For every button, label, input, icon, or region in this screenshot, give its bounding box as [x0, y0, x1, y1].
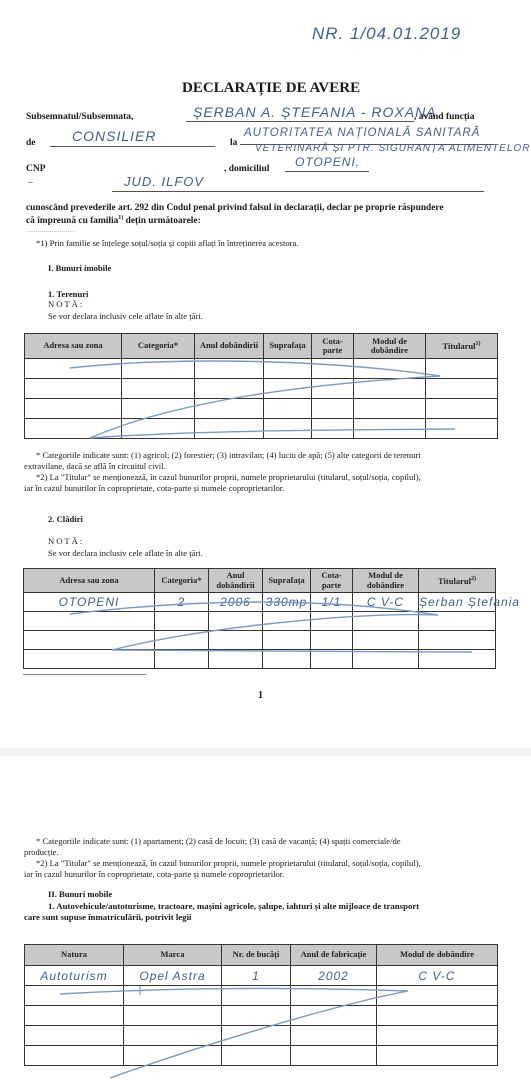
- table-cell: 2002: [291, 966, 377, 986]
- land-note-1b: extravilane, dacă se află în circuitul c…: [24, 461, 166, 472]
- vehicle-table: Natura Marca Nr. de bucăți Anul de fabri…: [24, 944, 498, 1066]
- table-row: [25, 379, 498, 399]
- table-row: OTOPENI22006330mp1/1C V-CȘerban Ștefania: [24, 593, 496, 612]
- table-cell: [155, 631, 209, 650]
- table-cell: [222, 1046, 291, 1066]
- building-note-1: * Categoriile indicate sunt: (1) apartam…: [36, 836, 401, 847]
- table-row: [25, 1006, 498, 1026]
- note-text-land: Se vor declara inclusiv cele aflate în a…: [48, 311, 203, 322]
- table-cell: [377, 1006, 498, 1026]
- table-cell: OTOPENI: [24, 593, 155, 612]
- table-cell: [124, 986, 222, 1006]
- table-cell: [195, 419, 264, 439]
- table-cell: Șerban Ștefania: [419, 593, 496, 612]
- table-cell: [312, 359, 354, 379]
- table-cell: [195, 359, 264, 379]
- table-cell: Opel Astra: [124, 966, 222, 986]
- table-row: [25, 419, 498, 439]
- building-note-1b: producție.: [24, 847, 59, 858]
- table-cell: [222, 986, 291, 1006]
- column-header: Cota-parte: [312, 334, 354, 359]
- table-cell: [312, 399, 354, 419]
- table-cell: 330mp: [263, 593, 311, 612]
- subsection-buildings: 2. Clădiri: [48, 514, 83, 525]
- table-cell: [209, 612, 263, 631]
- table-cell: [353, 631, 419, 650]
- domicile-line-1: OTOPENI,: [295, 155, 360, 169]
- table-cell: [291, 1006, 377, 1026]
- domicile-label: , domiciliul: [224, 164, 269, 174]
- declaration-line-2: că împreună cu familia1) dețin următoare…: [26, 215, 201, 226]
- table-cell: [122, 379, 195, 399]
- table-cell: [25, 419, 122, 439]
- table-cell: [209, 631, 263, 650]
- subsection-vehicles-b: care sunt supuse înmatriculării, potrivi…: [24, 912, 191, 922]
- table-cell: [311, 631, 353, 650]
- table-cell: [155, 650, 209, 669]
- function-value: CONSILIER: [72, 128, 156, 144]
- column-header: Adresa sau zona: [24, 569, 155, 593]
- table-cell: [124, 1046, 222, 1066]
- table-cell: [122, 359, 195, 379]
- land-note-1: * Categoriile indicate sunt: (1) agricol…: [36, 450, 421, 461]
- de-label: de: [26, 138, 36, 148]
- column-header: Anul dobândirii: [209, 569, 263, 593]
- table-cell: [24, 612, 155, 631]
- table-row: [24, 612, 496, 631]
- note-text-buildings: Se vor declara inclusiv cele aflate în a…: [48, 548, 203, 559]
- la-label: la: [230, 138, 237, 148]
- table-cell: [312, 379, 354, 399]
- table-cell: Autoturism: [25, 966, 124, 986]
- table-cell: C V-C: [377, 966, 498, 986]
- table-cell: [426, 419, 498, 439]
- column-header: Adresa sau zona: [25, 334, 122, 359]
- table-cell: [25, 1006, 124, 1026]
- undersigned-label: Subsemnatul/Subsemnata,: [26, 112, 133, 122]
- table-cell: [195, 379, 264, 399]
- table-row: [24, 650, 496, 669]
- table-cell: [264, 399, 312, 419]
- table-cell: [25, 359, 122, 379]
- table-cell: [263, 631, 311, 650]
- table-cell: [426, 399, 498, 419]
- table-cell: [24, 631, 155, 650]
- dash: –: [28, 178, 33, 188]
- function-suffix: , având funcția: [414, 112, 474, 122]
- registration-number: NR. 1/04.01.2019: [312, 24, 461, 44]
- table-cell: [291, 1026, 377, 1046]
- declaration-line-1: cunoscând prevederile art. 292 din Codul…: [26, 203, 444, 213]
- table-cell: [124, 1026, 222, 1046]
- table-cell: [312, 419, 354, 439]
- subsection-vehicles: 1. Autovehicule/autoturisme, tractoare, …: [48, 901, 419, 911]
- section-movable: II. Bunuri mobile: [48, 889, 112, 900]
- column-header: Categoria*: [155, 569, 209, 593]
- building-note-2b: iar în cazul bunurilor în coproprietate,…: [24, 869, 284, 880]
- column-header: Anul dobândirii: [195, 334, 264, 359]
- table-cell: [353, 650, 419, 669]
- column-header: Natura: [25, 945, 124, 966]
- table-cell: [25, 379, 122, 399]
- document-page-2: * Categoriile indicate sunt: (1) apartam…: [0, 756, 531, 1080]
- table-cell: [377, 1046, 498, 1066]
- table-cell: [124, 1006, 222, 1026]
- table-cell: [209, 650, 263, 669]
- column-header: Categoria*: [122, 334, 195, 359]
- table-cell: [263, 650, 311, 669]
- table-row: [25, 1046, 498, 1066]
- table-cell: [291, 1046, 377, 1066]
- table-cell: [354, 359, 426, 379]
- document-page-1: NR. 1/04.01.2019 DECLARAȚIE DE AVERE Sub…: [0, 0, 531, 748]
- table-cell: [419, 612, 496, 631]
- table-cell: [222, 1006, 291, 1026]
- table-cell: [155, 612, 209, 631]
- table-cell: [354, 379, 426, 399]
- page-number: 1: [258, 690, 263, 701]
- table-cell: [264, 359, 312, 379]
- column-header: Modul de dobândire: [353, 569, 419, 593]
- note-label-land: NOTĂ:: [48, 299, 84, 310]
- land-table: Adresa sau zona Categoria* Anul dobândir…: [24, 333, 498, 439]
- table-cell: [264, 379, 312, 399]
- note-label-buildings: NOTĂ:: [48, 536, 84, 547]
- table-cell: [222, 1026, 291, 1046]
- column-header: Titularul1): [426, 334, 498, 359]
- table-row: [25, 399, 498, 419]
- table-cell: [311, 612, 353, 631]
- table-cell: [122, 399, 195, 419]
- table-cell: [264, 419, 312, 439]
- table-row: [25, 359, 498, 379]
- land-note-2: *2) La "Titular" se menționează, în cazu…: [36, 472, 421, 483]
- table-cell: [25, 1026, 124, 1046]
- footnote-family: *1) Prin familie se înțelege soțul/soția…: [36, 238, 299, 249]
- table-cell: 1/1: [311, 593, 353, 612]
- table-cell: [291, 986, 377, 1006]
- table-row: [24, 631, 496, 650]
- column-header: Suprafața: [263, 569, 311, 593]
- table-cell: 1: [222, 966, 291, 986]
- table-cell: [426, 359, 498, 379]
- column-header: Modul de dobândire: [354, 334, 426, 359]
- table-cell: 2006: [209, 593, 263, 612]
- section-immovable: I. Bunuri imobile: [48, 263, 111, 274]
- table-cell: [195, 399, 264, 419]
- cnp-label: CNP: [26, 164, 46, 174]
- table-cell: [25, 1046, 124, 1066]
- table-row: AutoturismOpel Astra12002C V-C: [25, 966, 498, 986]
- document-title: DECLARAȚIE DE AVERE: [182, 80, 360, 97]
- table-cell: [24, 650, 155, 669]
- column-header: Modul de dobândire: [377, 945, 498, 966]
- column-header: Suprafața: [264, 334, 312, 359]
- table-cell: [354, 399, 426, 419]
- building-table: Adresa sau zona Categoria* Anul dobândir…: [23, 568, 496, 669]
- column-header: Anul de fabricație: [291, 945, 377, 966]
- table-cell: [353, 612, 419, 631]
- undersigned-name: ȘERBAN A. ȘTEFANIA - ROXANA: [193, 104, 437, 120]
- building-note-2: *2) La "Titular" se menționează, în cazu…: [36, 858, 421, 869]
- table-cell: [419, 631, 496, 650]
- table-cell: [419, 650, 496, 669]
- institution-line-2: VETERINARĂ ȘI PTR. SIGURANȚA ALIMENTELOR: [255, 143, 530, 154]
- table-cell: [377, 986, 498, 1006]
- land-note-2b: iar în cazul bunurilor în coproprietate,…: [24, 483, 284, 494]
- institution-line-1: AUTORITATEA NAȚIONALĂ SANITARĂ: [244, 127, 480, 139]
- table-cell: [263, 612, 311, 631]
- footnote-rule: [23, 674, 146, 675]
- table-cell: [311, 650, 353, 669]
- column-header: Nr. de bucăți: [222, 945, 291, 966]
- column-header: Cota-parte: [311, 569, 353, 593]
- column-header: Titularul2): [419, 569, 496, 593]
- table-cell: C V-C: [353, 593, 419, 612]
- table-row: [25, 1026, 498, 1046]
- domicile-line-2: JUD. ILFOV: [124, 174, 204, 189]
- footnote-separator: ………………………………: [26, 229, 74, 234]
- table-cell: 2: [155, 593, 209, 612]
- column-header: Marca: [124, 945, 222, 966]
- table-row: [25, 986, 498, 1006]
- table-cell: [354, 419, 426, 439]
- table-cell: [122, 419, 195, 439]
- table-cell: [25, 399, 122, 419]
- table-cell: [25, 986, 124, 1006]
- table-cell: [426, 379, 498, 399]
- table-cell: [377, 1026, 498, 1046]
